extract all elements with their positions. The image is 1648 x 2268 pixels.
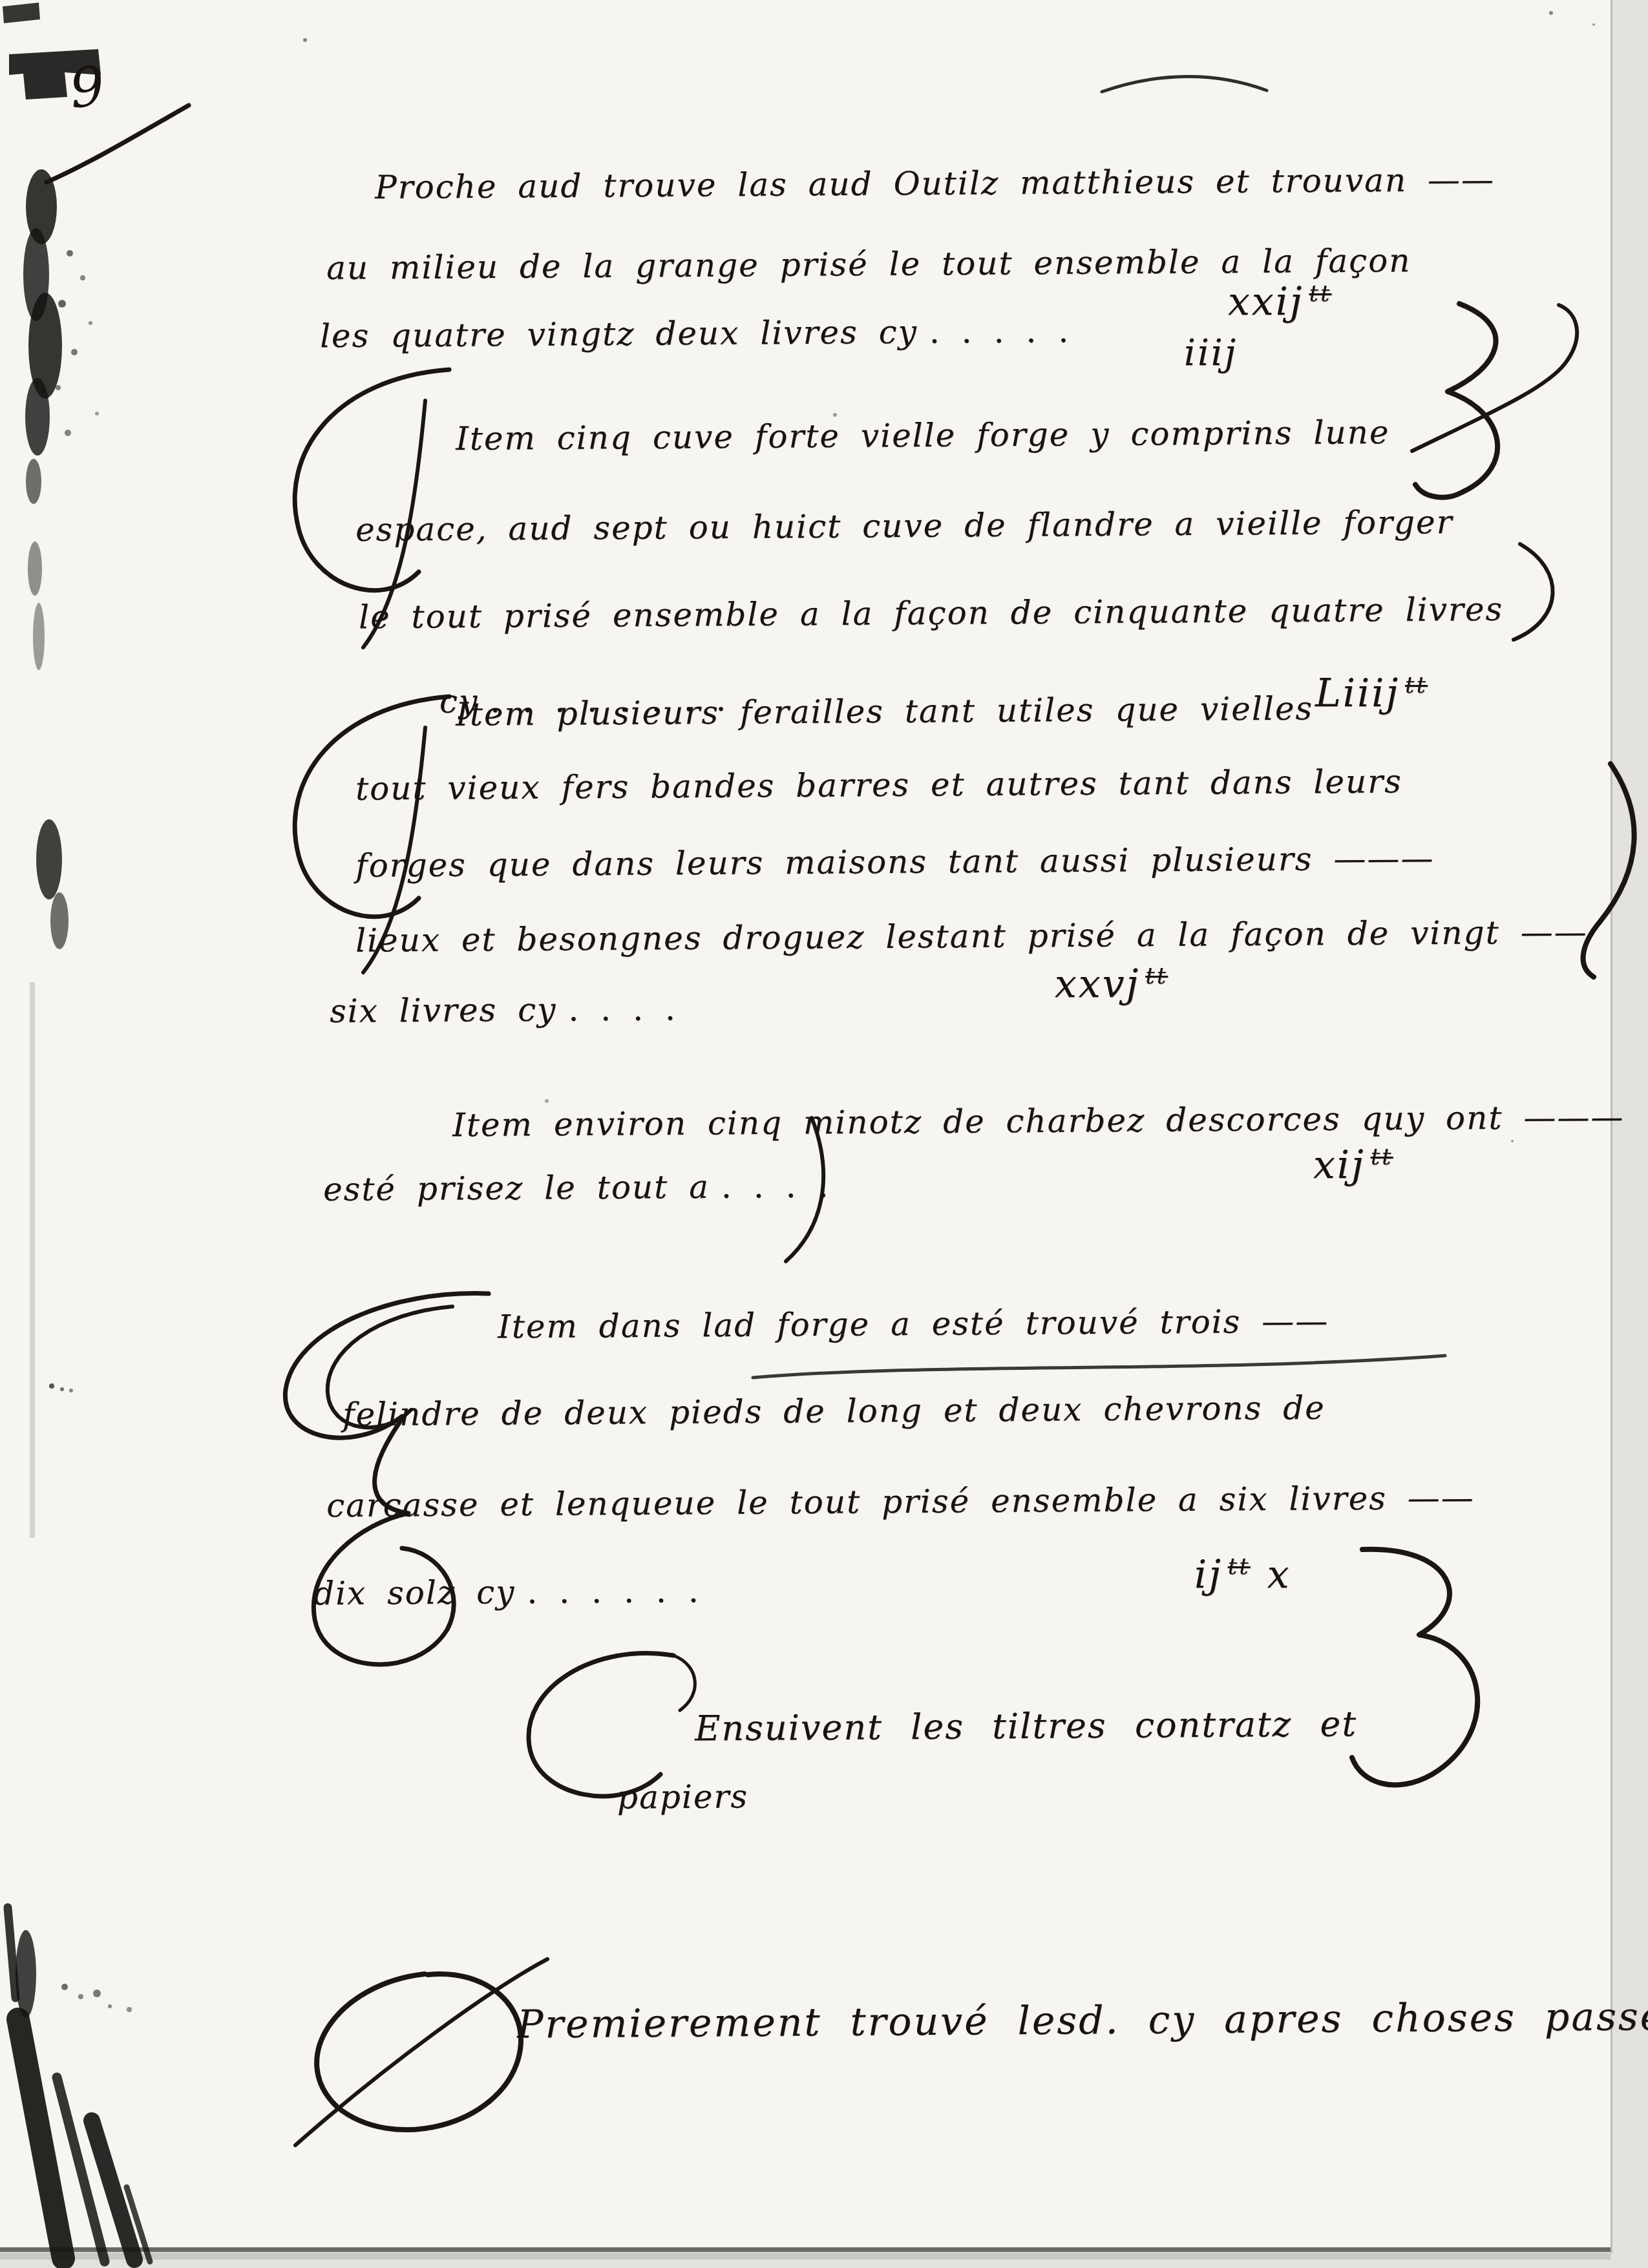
- amount-entry-5: ijttx: [1194, 1552, 1291, 1597]
- manuscript-line: forges que dans leurs maisons tant aussi…: [355, 839, 1435, 885]
- section-heading-line2: papiers: [617, 1778, 748, 1816]
- footer-line: Premierement trouvé lesd. cy apres chose…: [517, 1994, 1648, 2048]
- manuscript-line: felindre de deux pieds de long et deux c…: [343, 1389, 1326, 1434]
- manuscript-line: Item cinq cuve forte vielle forge y comp…: [456, 414, 1390, 457]
- livres-tournois-mark: tt: [1145, 963, 1168, 989]
- manuscript-line: espace, aud sept ou huict cuve de flandr…: [355, 503, 1453, 549]
- manuscript-line: Proche aud trouve las aud Outilz matthie…: [375, 161, 1495, 206]
- paper-bottom-edge: [0, 2247, 1611, 2252]
- manuscript-line: esté prisez le tout a....: [323, 1167, 850, 1208]
- leader-dots: ....: [568, 990, 697, 1028]
- manuscript-line: tout vieux fers bandes barres et autres …: [355, 762, 1402, 807]
- manuscript-line: Item plusieurs ferailles tant utiles que…: [456, 689, 1313, 733]
- livres-tournois-mark: tt: [1309, 280, 1331, 307]
- manuscript-line: Item dans lad forge a esté trouvé trois …: [498, 1303, 1329, 1346]
- amount-entry-1: xxijtt iiij: [1228, 279, 1331, 324]
- livres-tournois-mark: tt: [1405, 672, 1428, 698]
- leader-dots: ....: [721, 1167, 850, 1205]
- livres-tournois-mark: tt: [1371, 1144, 1393, 1170]
- manuscript-line: le tout prisé ensemble a la façon de cin…: [359, 591, 1503, 636]
- manuscript-line: les quatre vingtz deux livres cy.....: [320, 312, 1091, 355]
- section-heading: Ensuivent les tiltres contratz et: [695, 1703, 1357, 1748]
- manuscript-scan: 9 Proche aud trouve las aud Outilz matth…: [0, 0, 1648, 2268]
- leader-dots: ......: [527, 1572, 721, 1611]
- amount-entry-4: xijtt: [1313, 1142, 1393, 1188]
- amount-entry-3: xxvjtt: [1055, 961, 1168, 1007]
- manuscript-line: carcasse et lenqueue le tout prisé ensem…: [326, 1479, 1475, 1524]
- livres-tournois-mark: tt: [1228, 1553, 1251, 1580]
- page-number: 9: [67, 54, 107, 120]
- manuscript-line: six livres cy....: [330, 990, 697, 1030]
- leader-dots: .....: [929, 312, 1091, 351]
- amount-entry-2: Liiijtt: [1315, 671, 1428, 716]
- paper-bottom-edge-shadow: [0, 2252, 1611, 2260]
- amount-suffix: x: [1267, 1552, 1291, 1597]
- amount-below: iiij: [1184, 332, 1238, 374]
- manuscript-line: dix solz cy......: [313, 1572, 721, 1612]
